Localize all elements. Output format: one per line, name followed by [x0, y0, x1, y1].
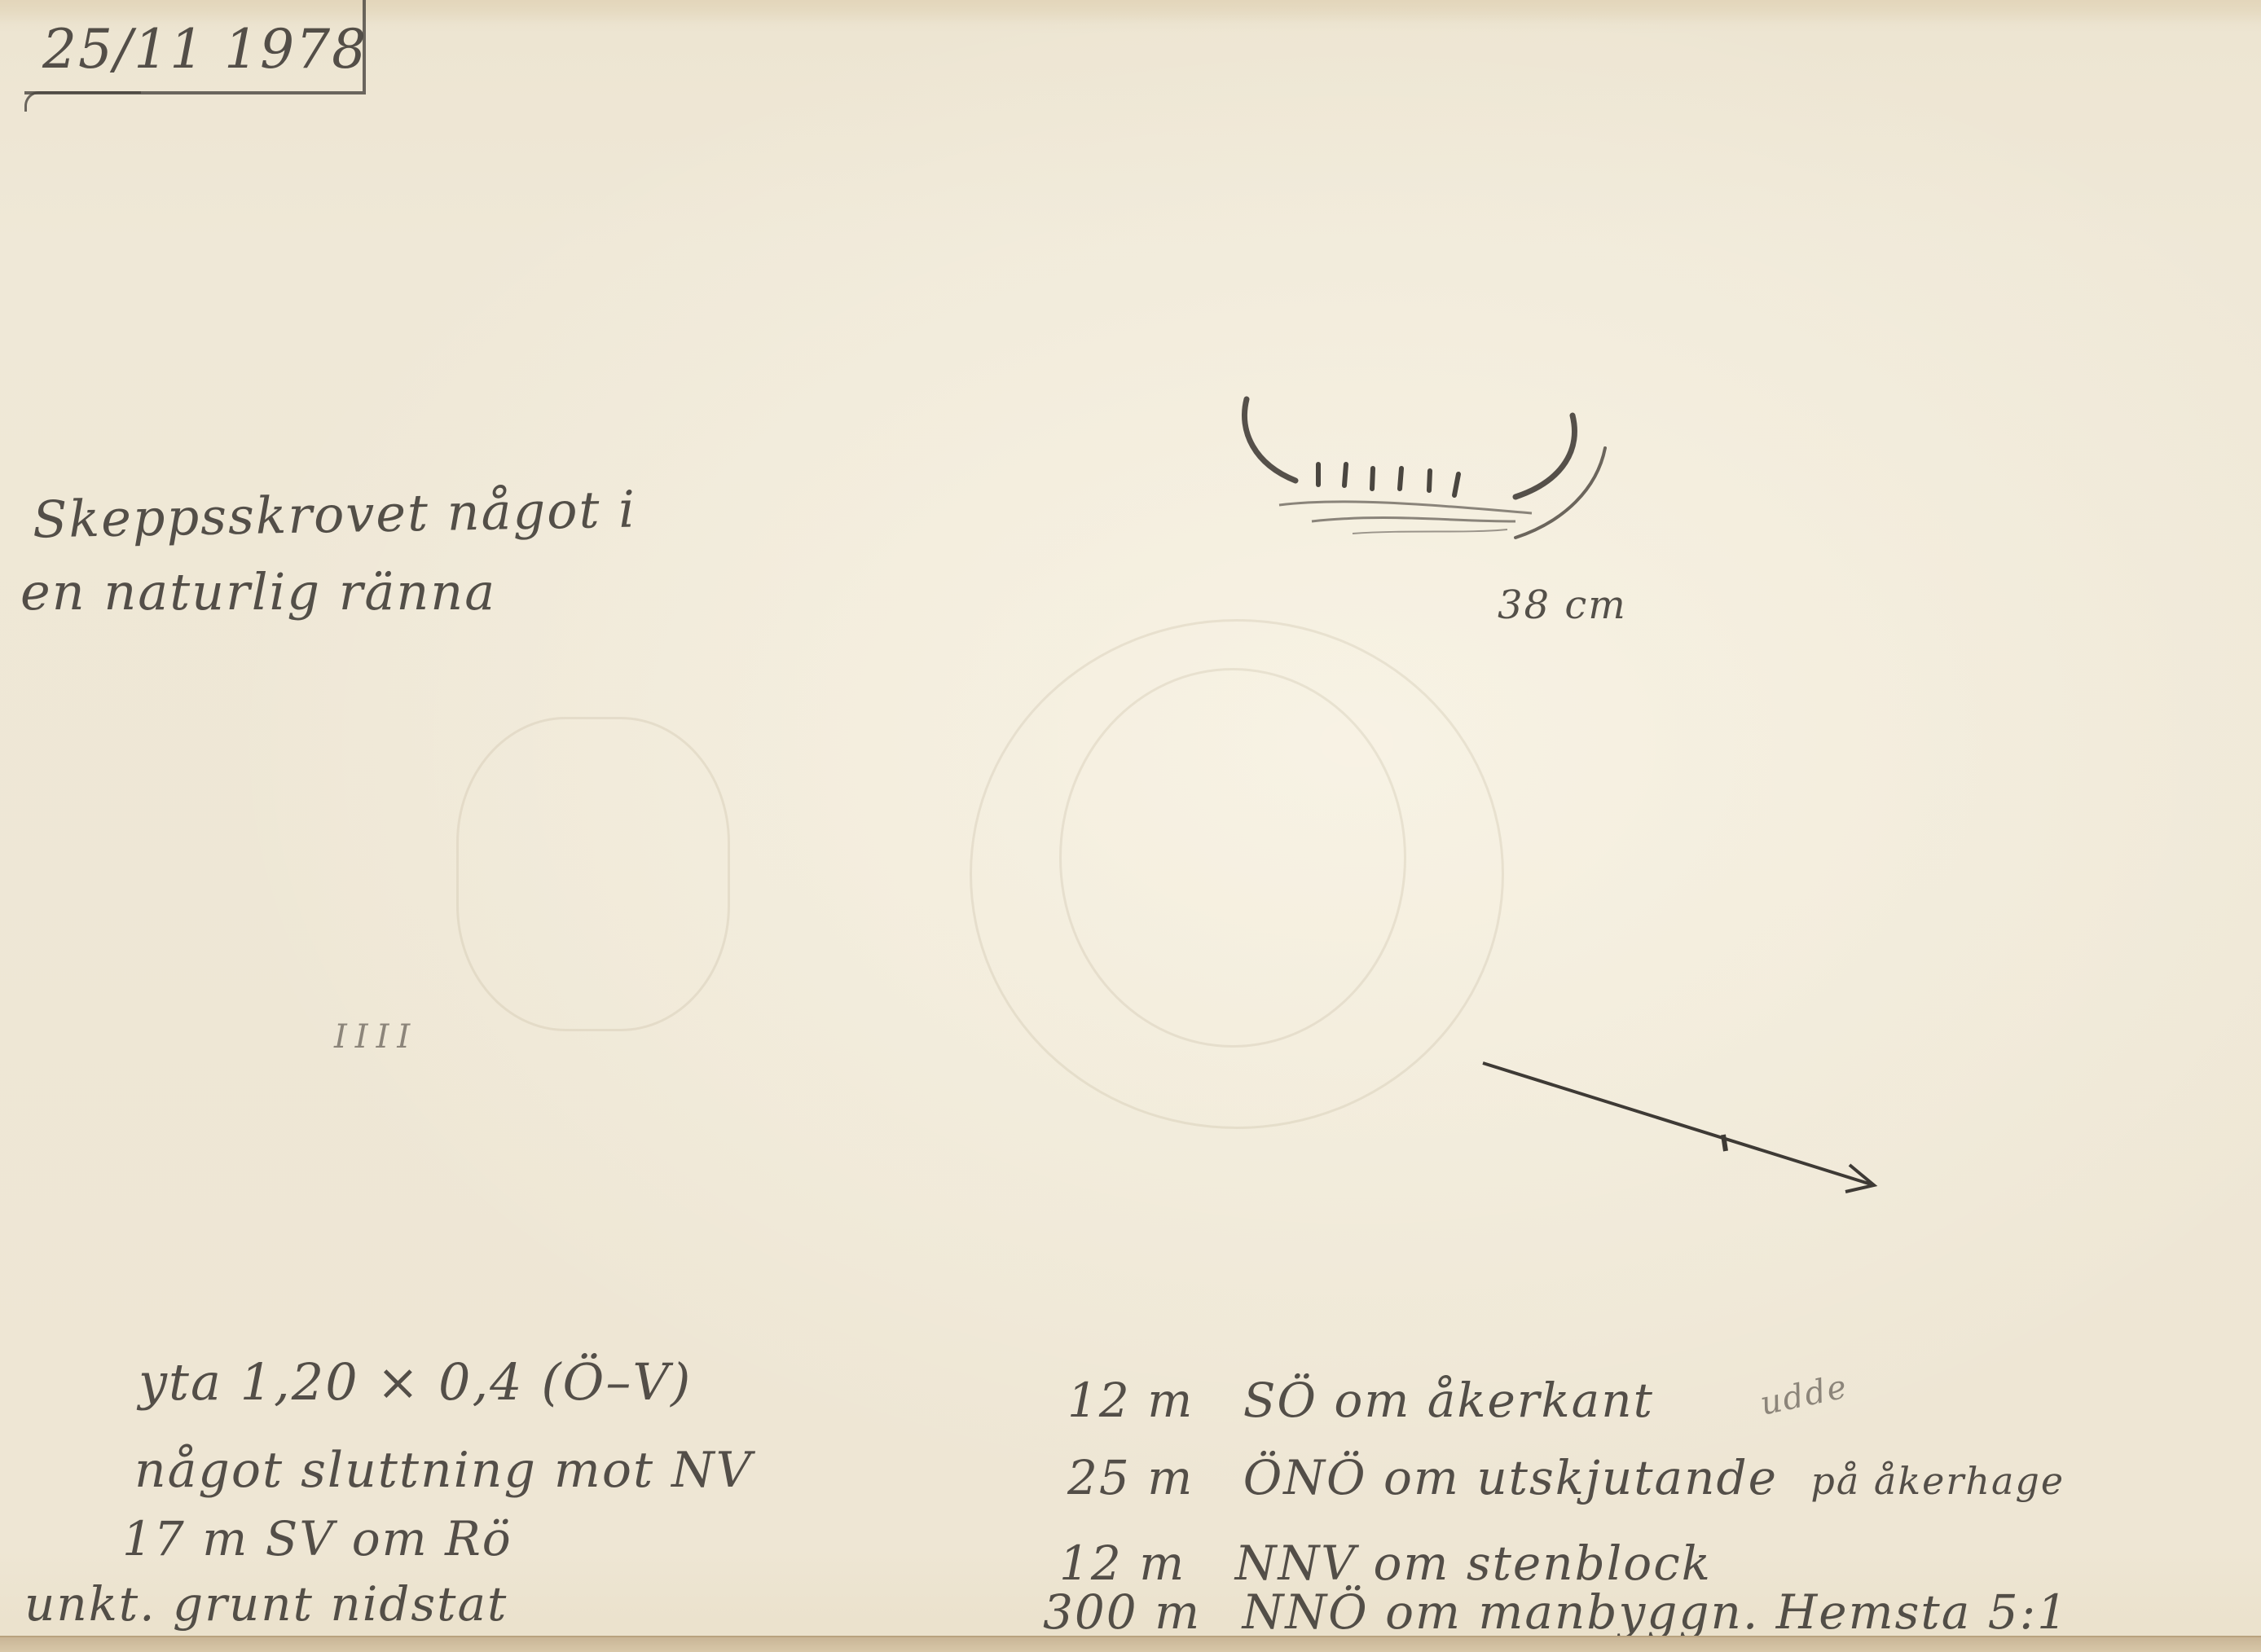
location-distance: 12 m — [1067, 1373, 1194, 1428]
location-distance: 300 m — [1043, 1584, 1201, 1640]
measurement-slope: något sluttning mot NV — [134, 1442, 753, 1499]
boat-sketch-icon — [1222, 383, 1646, 562]
location-continuation: på åkerhage — [1810, 1459, 2065, 1503]
measurement-distance: 17 m SV om Rö — [122, 1511, 512, 1566]
location-insert: udde — [1757, 1368, 1851, 1423]
date-text: 25/11 1978 — [42, 18, 367, 81]
location-text: SÖ om åkerkant — [1243, 1373, 1654, 1428]
description-line-2: en naturlig ränna — [20, 562, 496, 622]
watermark-left-ornament — [456, 717, 730, 1031]
location-note-3: 12 m NNV om stenblock — [1059, 1536, 1712, 1591]
location-note-4: 300 m NNÖ om manbyggn. Hemsta 5:1 — [1043, 1584, 2069, 1640]
watermark-stamp-inner — [1059, 668, 1406, 1048]
location-text: NNÖ om manbyggn. Hemsta 5:1 — [1243, 1584, 2069, 1640]
measurement-note: unkt. grunt nidstat — [24, 1576, 508, 1632]
direction-arrow-icon — [1475, 1055, 1882, 1193]
measurement-area: yta 1,20 × 0,4 (Ö–V) — [139, 1352, 692, 1412]
description-line-1: Skeppsskrovet något i — [32, 480, 636, 550]
location-text: NNV om stenblock — [1235, 1536, 1712, 1591]
paper-bottom-edge — [0, 1636, 2261, 1650]
scale-label: 38 cm — [1498, 582, 1627, 628]
location-note-2: 25 m ÖNÖ om utskjutande på åkerhage — [1067, 1450, 2065, 1505]
location-distance: 25 m — [1067, 1450, 1194, 1505]
location-distance: 12 m — [1059, 1536, 1185, 1591]
date-underline — [24, 91, 141, 112]
small-marks: IIII — [334, 1018, 418, 1056]
location-text: ÖNÖ om utskjutande — [1243, 1450, 1778, 1505]
note-card: 25/11 1978 Skeppsskrovet något i en natu… — [0, 0, 2261, 1650]
location-note-1: 12 m SÖ om åkerkant — [1067, 1373, 1654, 1428]
